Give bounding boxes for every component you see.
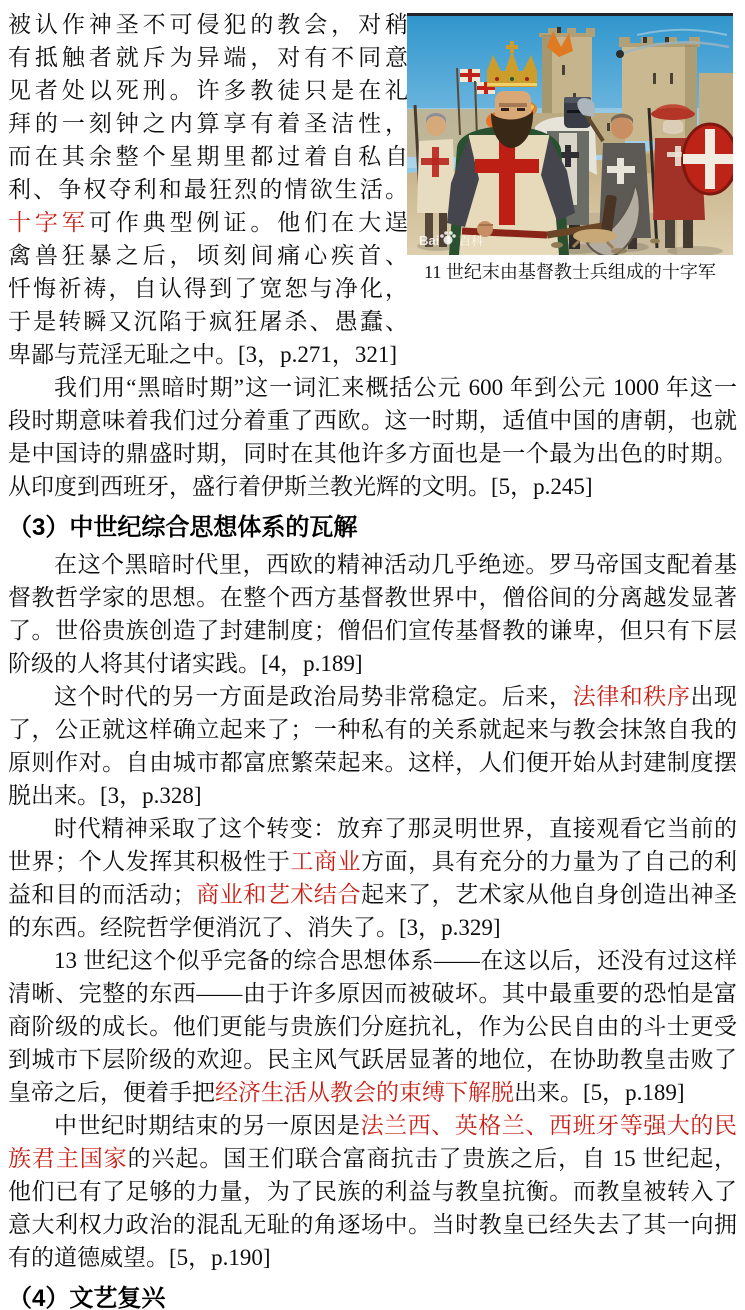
text-line: 的东西。经院哲学便消沉了、消失了。[3，p.329] bbox=[8, 911, 737, 944]
text-line: 有抵触者就斥为异端，对有不同意 bbox=[8, 41, 408, 74]
paragraph-spiritual-decline: 在这个黑暗时代里，西欧的精神活动几乎绝迹。罗马帝国支配着基督教哲学家的思想。在整… bbox=[8, 548, 737, 680]
text-line: 阶级的人将其付诸实践。[4，p.189] bbox=[8, 647, 737, 680]
text-line: 时代精神采取了这个转变：放弃了那灵明世界，直接观看它当前的 bbox=[8, 812, 737, 845]
text-run: 的兴起。国王们联合富商抗击了贵族之后，自 15 世纪起， bbox=[128, 1146, 737, 1171]
text-line: 商阶级的成长。他们更能与贵族们分庭抗礼，作为公民自由的斗士更受 bbox=[8, 1010, 737, 1043]
text-run: 时代精神采取了这个转变：放弃了那灵明世界，直接观看它当前的 bbox=[54, 816, 737, 841]
text-run: 了。世俗贵族创造了封建制度；僧侣们宣传基督教的谦卑，但只有下层 bbox=[8, 618, 737, 643]
text-run: 可作典型例证。他们在大逞 bbox=[89, 210, 408, 235]
text-line: 意大利权力政治的混乱无耻的角逐场中。当时教皇已经失去了其一向拥 bbox=[8, 1208, 737, 1241]
text-line: 见者处以死刑。许多教徒只是在礼 bbox=[8, 74, 408, 107]
text-line: 禽兽狂暴之后，顷刻间痛心疾首、 bbox=[8, 239, 408, 272]
text-link[interactable]: 十字军 bbox=[8, 210, 89, 235]
text-run: 阶级的人将其付诸实践。[4，p.189] bbox=[8, 651, 363, 676]
text-line: 皇帝之后，便着手把经济生活从教会的束缚下解脱出来。[5，p.189] bbox=[8, 1076, 737, 1109]
paragraph-dark-ages-china: 我们用“黑暗时期”这一词汇来概括公元 600 年到公元 1000 年这一段时期意… bbox=[8, 371, 737, 503]
text-line: 脱出来。[3，p.328] bbox=[8, 779, 737, 812]
text-line: 被认作神圣不可侵犯的教会，对稍 bbox=[8, 8, 408, 41]
paragraph-zeitgeist-commerce: 时代精神采取了这个转变：放弃了那灵明世界，直接观看它当前的世界；个人发挥其积极性… bbox=[8, 812, 737, 944]
text-line: 而在其余整个星期里都过着自私自 bbox=[8, 140, 408, 173]
text-link[interactable]: 商业和艺术结合 bbox=[196, 882, 361, 907]
text-run: 清晰、完整的东西——由于许多原因而被破坏。其中最重要的恐怕是富 bbox=[8, 981, 737, 1006]
text-link[interactable]: 族君主国家 bbox=[8, 1146, 128, 1171]
text-line: 十字军可作典型例证。他们在大逞 bbox=[8, 206, 408, 239]
text-link[interactable]: 经济生活从教会的束缚下解脱 bbox=[215, 1080, 514, 1105]
text-run: 意大利权力政治的混乱无耻的角逐场中。当时教皇已经失去了其一向拥 bbox=[8, 1212, 737, 1237]
paragraph-law-and-order: 这个时代的另一方面是政治局势非常稳定。后来，法律和秩序出现了，公正就这样确立起来… bbox=[8, 680, 737, 812]
text-run: 有抵触者就斥为异端，对有不同意 bbox=[8, 45, 408, 70]
text-run: 中世纪时期结束的另一原因是 bbox=[54, 1113, 360, 1138]
text-line: 这个时代的另一方面是政治局势非常稳定。后来，法律和秩序出现 bbox=[8, 680, 737, 713]
text-run: 13 世纪这个似乎完备的综合思想体系——在这以后，还没有过这样 bbox=[54, 948, 737, 973]
text-line: 13 世纪这个似乎完备的综合思想体系——在这以后，还没有过这样 bbox=[8, 944, 737, 977]
image-top-border bbox=[407, 13, 733, 16]
text-line: 清晰、完整的东西——由于许多原因而被破坏。其中最重要的恐怕是富 bbox=[8, 977, 737, 1010]
text-run: 的东西。经院哲学便消沉了、消失了。[3，p.329] bbox=[8, 915, 501, 940]
text-run: 在这个黑暗时代里，西欧的精神活动几乎绝迹。罗马帝国支配着基 bbox=[54, 552, 737, 577]
text-link[interactable]: 工商业 bbox=[290, 849, 361, 874]
figure-caption: 11 世纪末由基督教士兵组成的十字军 bbox=[407, 260, 733, 284]
text-run: 利、争权夺利和最狂烈的情欲生活。 bbox=[8, 177, 408, 202]
text-run: 方面，具有充分的力量为了自己的利 bbox=[361, 849, 737, 874]
text-line: 在这个黑暗时代里，西欧的精神活动几乎绝迹。罗马帝国支配着基 bbox=[8, 548, 737, 581]
paragraph-nation-states: 中世纪时期结束的另一原因是法兰西、英格兰、西班牙等强大的民族君主国家的兴起。国王… bbox=[8, 1109, 737, 1274]
text-line: 我们用“黑暗时期”这一词汇来概括公元 600 年到公元 1000 年这一 bbox=[8, 371, 737, 404]
text-line: 于是转瞬又沉陷于疯狂屠杀、愚蠢、 bbox=[8, 305, 408, 338]
text-line: 到城市下层阶级的欢迎。民主风气跃居显著的地位，在协助教皇击败了 bbox=[8, 1043, 737, 1076]
text-run: 段时期意味着我们过分着重了西欧。这一时期，适值中国的唐朝，也就 bbox=[8, 408, 737, 433]
text-run: 世界；个人发挥其积极性于 bbox=[8, 849, 290, 874]
red-shield bbox=[683, 124, 733, 194]
text-run: 有的道德威望。[5，p.190] bbox=[8, 1245, 271, 1270]
text-run: 到城市下层阶级的欢迎。民主风气跃居显著的地位，在协助教皇击败了 bbox=[8, 1047, 737, 1072]
text-line: 中世纪时期结束的另一原因是法兰西、英格兰、西班牙等强大的民 bbox=[8, 1109, 737, 1142]
text-run: 而在其余整个星期里都过着自私自 bbox=[8, 144, 408, 169]
text-run: 见者处以死刑。许多教徒只是在礼 bbox=[8, 78, 408, 103]
text-line: 段时期意味着我们过分着重了西欧。这一时期，适值中国的唐朝，也就 bbox=[8, 404, 737, 437]
text-line: 拜的一刻钟之内算享有着圣洁性， bbox=[8, 107, 408, 140]
text-run: 他们已有了足够的力量，为了民族的利益与教皇抗衡。而教皇被转入了 bbox=[8, 1179, 737, 1204]
text-run: 是中国诗的鼎盛时期，同时在其他许多方面也是一个最为出色的时期。 bbox=[8, 441, 737, 466]
text-line: 是中国诗的鼎盛时期，同时在其他许多方面也是一个最为出色的时期。 bbox=[8, 437, 737, 470]
text-run: 拜的一刻钟之内算享有着圣洁性， bbox=[8, 111, 408, 136]
text-line: 原则作对。自由城市都富庶繁荣起来。这样，人们便开始从封建制度摆 bbox=[8, 746, 737, 779]
text-line: 忏悔祈祷，自认得到了宽恕与净化， bbox=[8, 272, 408, 305]
text-run: 出现 bbox=[690, 684, 737, 709]
text-run: 出来。[5，p.189] bbox=[514, 1080, 685, 1105]
text-run: 禽兽狂暴之后，顷刻间痛心疾首、 bbox=[8, 243, 408, 268]
text-line: 督教哲学家的思想。在整个西方基督教世界中，僧俗间的分离越发显著 bbox=[8, 581, 737, 614]
watermark-prefix: Bai bbox=[419, 233, 439, 248]
text-run: 卑鄙与荒淫无耻之中。[3，p.271，321] bbox=[8, 342, 397, 367]
paragraph-church-corruption: 被认作神圣不可侵犯的教会，对稍有抵触者就斥为异端，对有不同意见者处以死刑。许多教… bbox=[8, 8, 408, 371]
section-heading-4: （4）文艺复兴 bbox=[8, 1282, 737, 1310]
document-page: Bai 百科 11 世纪末由基督教士兵组成的十字军 被认作神圣不可侵犯的教会，对… bbox=[0, 0, 745, 1310]
text-link[interactable]: 法兰西、英格兰、西班牙等强大的民 bbox=[360, 1113, 737, 1138]
text-run: 益和目的而活动； bbox=[8, 882, 196, 907]
text-run: 起来了，艺术家从他自身创造出神圣 bbox=[361, 882, 737, 907]
text-run: 皇帝之后，便着手把 bbox=[8, 1080, 215, 1105]
text-run: 督教哲学家的思想。在整个西方基督教世界中，僧俗间的分离越发显著 bbox=[8, 585, 737, 610]
text-line: 卑鄙与荒淫无耻之中。[3，p.271，321] bbox=[8, 338, 445, 371]
text-line: 族君主国家的兴起。国王们联合富商抗击了贵族之后，自 15 世纪起， bbox=[8, 1142, 737, 1175]
text-run: 忏悔祈祷，自认得到了宽恕与净化， bbox=[8, 276, 408, 301]
text-run: 于是转瞬又沉陷于疯狂屠杀、愚蠢、 bbox=[8, 309, 408, 334]
text-run: 从印度到西班牙，盛行着伊斯兰教光辉的文明。[5，p.245] bbox=[8, 474, 593, 499]
crusaders-image[interactable]: Bai 百科 bbox=[407, 13, 733, 255]
text-line: 他们已有了足够的力量，为了民族的利益与教皇抗衡。而教皇被转入了 bbox=[8, 1175, 737, 1208]
text-run: 商阶级的成长。他们更能与贵族们分庭抗礼，作为公民自由的斗士更受 bbox=[8, 1014, 737, 1039]
text-link[interactable]: 法律和秩序 bbox=[573, 684, 691, 709]
text-run: 被认作神圣不可侵犯的教会，对稍 bbox=[8, 12, 408, 37]
crusaders-figure: Bai 百科 11 世纪末由基督教士兵组成的十字军 bbox=[407, 13, 733, 284]
text-line: 了，公正就这样确立起来了；一种私有的关系就起来与教会抹煞自我的 bbox=[8, 713, 737, 746]
text-line: 从印度到西班牙，盛行着伊斯兰教光辉的文明。[5，p.245] bbox=[8, 470, 737, 503]
paragraph-synthesis-breakdown: 13 世纪这个似乎完备的综合思想体系——在这以后，还没有过这样清晰、完整的东西—… bbox=[8, 944, 737, 1109]
watermark-suffix: 百科 bbox=[459, 233, 483, 248]
text-line: 利、争权夺利和最狂烈的情欲生活。 bbox=[8, 173, 408, 206]
text-line: 世界；个人发挥其积极性于工商业方面，具有充分的力量为了自己的利 bbox=[8, 845, 737, 878]
text-line: 益和目的而活动；商业和艺术结合起来了，艺术家从他自身创造出神圣 bbox=[8, 878, 737, 911]
text-run: 了，公正就这样确立起来了；一种私有的关系就起来与教会抹煞自我的 bbox=[8, 717, 737, 742]
text-run: 这个时代的另一方面是政治局势非常稳定。后来， bbox=[54, 684, 573, 709]
text-run: 脱出来。[3，p.328] bbox=[8, 783, 202, 808]
section-heading-3: （3）中世纪综合思想体系的瓦解 bbox=[8, 511, 737, 544]
text-run: 原则作对。自由城市都富庶繁荣起来。这样，人们便开始从封建制度摆 bbox=[8, 750, 737, 775]
text-run: 我们用“黑暗时期”这一词汇来概括公元 600 年到公元 1000 年这一 bbox=[54, 375, 737, 400]
text-line: 有的道德威望。[5，p.190] bbox=[8, 1241, 737, 1274]
text-line: 了。世俗贵族创造了封建制度；僧侣们宣传基督教的谦卑，但只有下层 bbox=[8, 614, 737, 647]
